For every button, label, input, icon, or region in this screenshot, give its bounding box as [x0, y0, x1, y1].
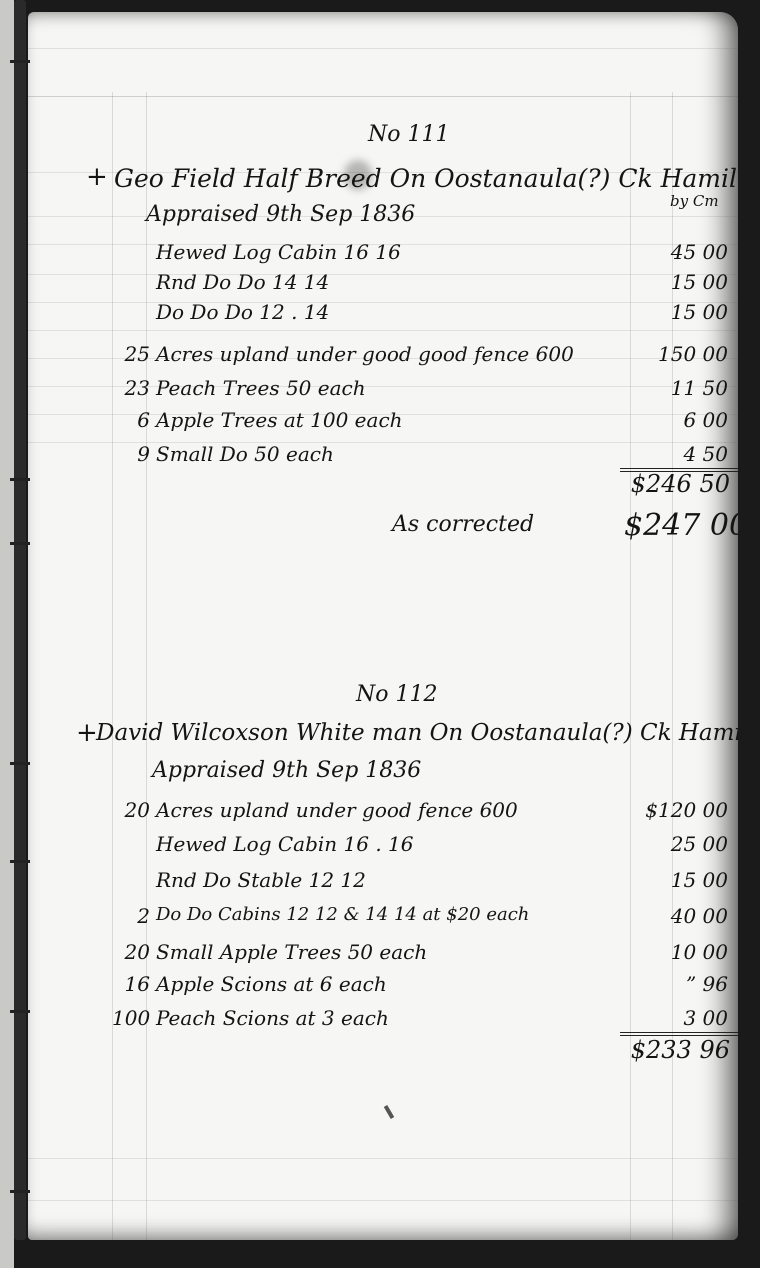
sum-line	[620, 468, 738, 469]
item-quantity: 25	[112, 342, 150, 366]
item-quantity: 6	[112, 408, 150, 432]
item-description: Acres upland under good fence 600	[156, 798, 518, 822]
ruled-column	[630, 92, 631, 1240]
ink-speck	[384, 1105, 394, 1119]
item-quantity: 16	[112, 972, 150, 996]
item-description: Hewed Log Cabin 16 . 16	[156, 832, 414, 856]
item-description: Acres upland under good good fence 600	[156, 342, 574, 366]
binding-stitch	[10, 478, 30, 481]
ruled-column	[112, 92, 113, 1240]
entry-title: David Wilcoxson White man On Oostanaula(…	[96, 720, 738, 746]
entry-appraised-date: Appraised 9th Sep 1836	[152, 758, 421, 783]
item-quantity: 100	[112, 1006, 150, 1030]
item-amount: $120 00	[608, 798, 728, 822]
ruled-line	[28, 330, 738, 331]
item-description: Do Do Cabins 12 12 & 14 14 at $20 each	[156, 904, 529, 925]
item-amount: 40 00	[608, 904, 728, 928]
entry-total: $246 50	[600, 470, 730, 498]
item-description: Small Do 50 each	[156, 442, 334, 466]
ruled-line	[28, 1200, 738, 1201]
item-description: Apple Trees at 100 each	[156, 408, 403, 432]
item-amount: 3 00	[608, 1006, 728, 1030]
item-quantity: 2	[112, 904, 150, 928]
item-quantity: 23	[112, 376, 150, 400]
ruled-line	[28, 1158, 738, 1159]
entry-number: No 112	[356, 682, 437, 707]
binding-stitch	[10, 542, 30, 545]
item-amount: ” 96	[608, 972, 728, 996]
entry-margin-note: by Cm	[670, 192, 719, 210]
entry-mark: +	[86, 162, 108, 192]
item-description: Peach Scions at 3 each	[156, 1006, 389, 1030]
ruled-line	[28, 48, 738, 49]
item-amount: 15 00	[608, 868, 728, 892]
item-amount: 15 00	[608, 270, 728, 294]
item-description: Peach Trees 50 each	[156, 376, 366, 400]
entry-title: Geo Field Half Breed On Oostanaula(?) Ck…	[114, 164, 738, 193]
binding-stitch	[10, 1190, 30, 1193]
item-description: Small Apple Trees 50 each	[156, 940, 427, 964]
item-amount: 10 00	[608, 940, 728, 964]
corrected-label: As corrected	[392, 512, 534, 537]
item-quantity: 20	[112, 798, 150, 822]
item-amount: 25 00	[608, 832, 728, 856]
item-description: Do Do Do 12 . 14	[156, 300, 329, 324]
item-description: Apple Scions at 6 each	[156, 972, 387, 996]
entry-number: No 111	[368, 122, 449, 147]
item-amount: 15 00	[608, 300, 728, 324]
entry-appraised-date: Appraised 9th Sep 1836	[146, 202, 415, 227]
ruled-column	[146, 92, 147, 1240]
ruled-line	[28, 96, 738, 97]
item-amount: 6 00	[608, 408, 728, 432]
binding-gutter	[0, 0, 14, 1268]
item-description: Hewed Log Cabin 16 16	[156, 240, 401, 264]
binding-stitch	[10, 860, 30, 863]
item-description: Rnd Do Do 14 14	[156, 270, 329, 294]
binding-stitch	[10, 1010, 30, 1013]
item-amount: 45 00	[608, 240, 728, 264]
entry-mark: +	[76, 718, 98, 748]
item-amount: 11 50	[608, 376, 728, 400]
item-quantity: 9	[112, 442, 150, 466]
item-quantity: 20	[112, 940, 150, 964]
item-amount: 4 50	[608, 442, 728, 466]
sum-line	[620, 1032, 738, 1033]
item-amount: 150 00	[608, 342, 728, 366]
binding-stitch	[10, 60, 30, 63]
ledger-page: No 111 + Geo Field Half Breed On Oostana…	[28, 12, 738, 1240]
entry-total: $233 96	[600, 1036, 730, 1064]
ruled-column	[672, 92, 673, 1240]
item-description: Rnd Do Stable 12 12	[156, 868, 366, 892]
binding-stitch	[10, 762, 30, 765]
book-binding	[14, 0, 26, 1240]
corrected-total: $247 00	[624, 508, 738, 543]
